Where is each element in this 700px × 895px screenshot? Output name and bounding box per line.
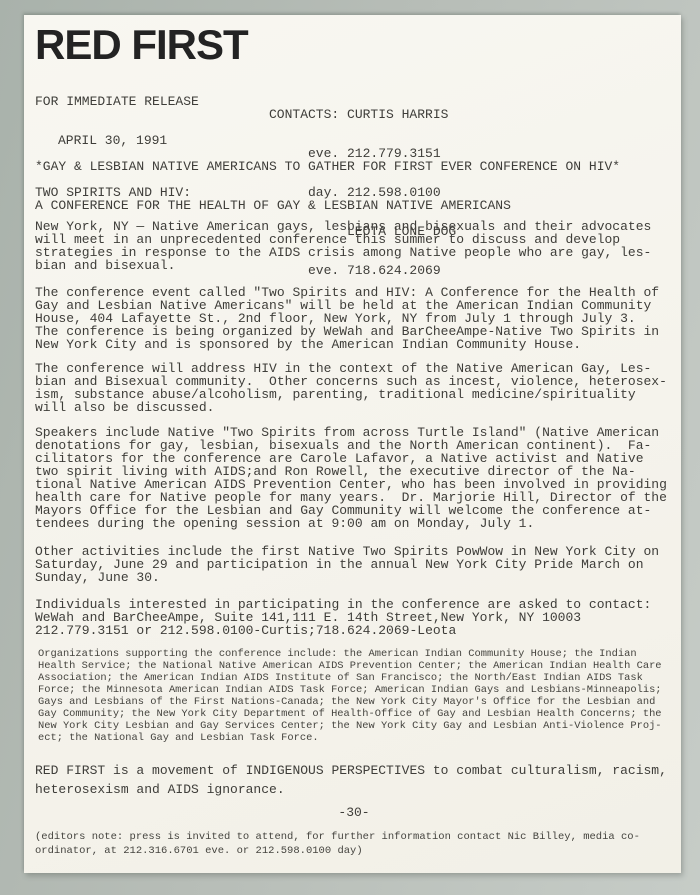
end-mark: -30- (35, 806, 673, 819)
page-content: RED FIRST FOR IMMEDIATE RELEASE APRIL 30… (24, 15, 681, 858)
editors-note: (editors note: press is invited to atten… (35, 830, 673, 858)
movement-statement: RED FIRST is a movement of INDIGENOUS PE… (35, 761, 673, 799)
contacts-block: CONTACTS: CURTIS HARRIS eve. 212.779.315… (269, 82, 456, 303)
body-paragraph: Other activities include the first Nativ… (35, 545, 673, 584)
contact-name-leota: LEOTA LONE DOG (347, 225, 456, 238)
contacts-line: CONTACTS: CURTIS HARRIS (269, 108, 456, 121)
release-header: FOR IMMEDIATE RELEASE APRIL 30, 1991 CON… (35, 69, 673, 147)
masthead-title: RED FIRST (35, 28, 673, 62)
body-paragraph: Speakers include Native "Two Spirits fro… (35, 426, 673, 530)
supporting-organizations: Organizations supporting the conference … (35, 648, 673, 744)
scan-background: { "paper": { "masthead": "RED FIRST", "h… (0, 0, 700, 895)
contact-phone-day: day. 212.598.0100 (308, 186, 456, 199)
body-paragraph: The conference will address HIV in the c… (35, 362, 673, 414)
contact-phone-eve-2: eve. 718.624.2069 (308, 264, 456, 277)
press-release-page: RED FIRST FOR IMMEDIATE RELEASE APRIL 30… (24, 15, 681, 873)
contact-phone-eve: eve. 212.779.3151 (308, 147, 456, 160)
contact-instructions-paragraph: Individuals interested in participating … (35, 598, 673, 637)
